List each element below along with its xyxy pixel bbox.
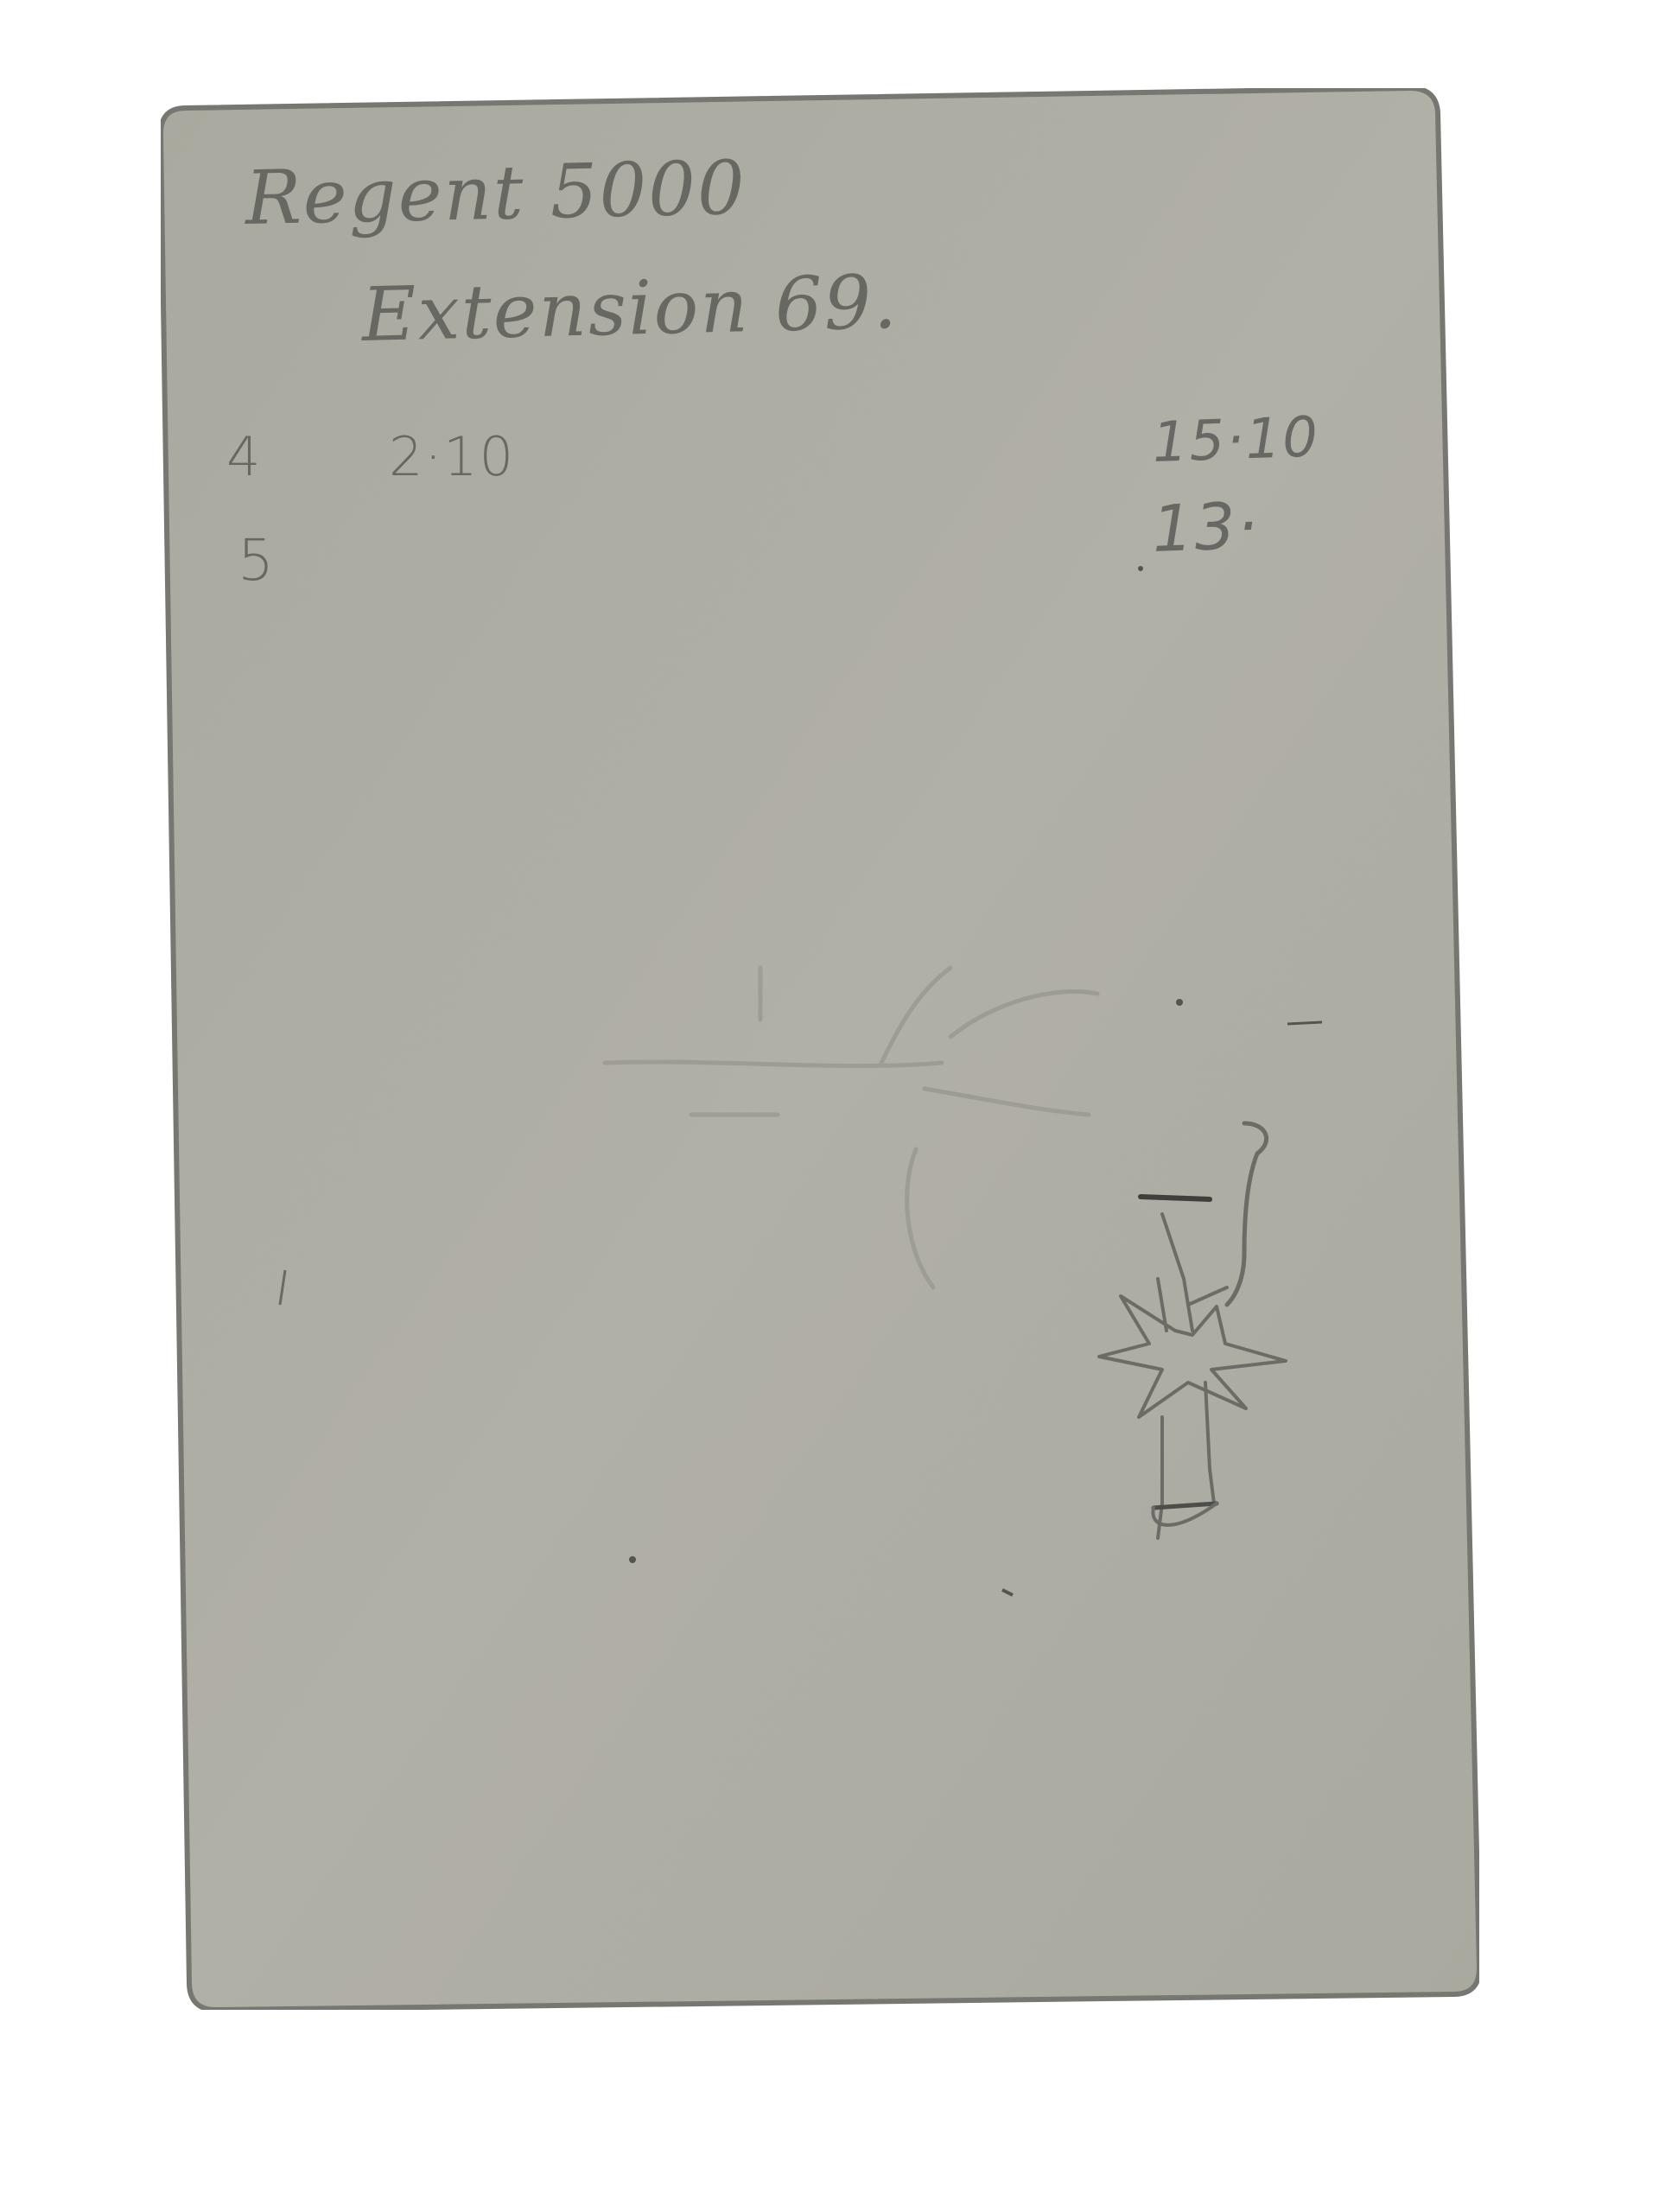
- right-row1-value: 15·10: [1151, 405, 1320, 475]
- left-row1-label: 4: [226, 425, 262, 488]
- left-row2-label: 5: [238, 527, 276, 594]
- card-body: [161, 88, 1479, 2010]
- phone-extension-line: Extension 69.: [361, 259, 899, 359]
- phone-line-regent: Regent 5000: [245, 145, 747, 242]
- left-row1-value: 2·10: [389, 425, 515, 488]
- card-back: Regent 5000 Extension 69. 4 2·10 5 15·10…: [0, 0, 1659, 2212]
- right-row2-value: 13·: [1151, 489, 1261, 567]
